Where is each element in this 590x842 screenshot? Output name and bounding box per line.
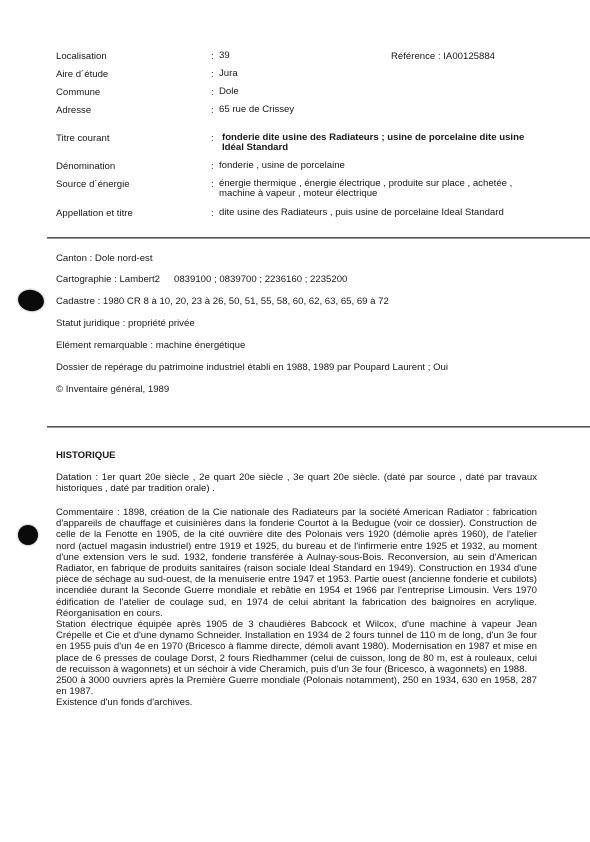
field-label: Localisation — [56, 51, 107, 62]
datation: Datation : 1er quart 20e siècle , 2e qua… — [56, 472, 537, 494]
cartographie: Cartographie : Lambert20839100 ; 0839700… — [56, 274, 347, 285]
commentaire-paragraph: Existence d'un fonds d'archives. — [56, 697, 537, 708]
cadastre: Cadastre : 1980 CR 8 à 10, 20, 23 à 26, … — [56, 296, 389, 307]
commentaire-paragraph: Station électrique équipée après 1905 de… — [56, 619, 537, 675]
field-value: :Jura — [211, 69, 536, 80]
commentaire-paragraph: Commentaire : 1898, création de la Cie n… — [56, 507, 537, 619]
field-value: :Dole — [211, 87, 536, 98]
punch-hole-bottom — [18, 525, 38, 545]
field-value: :fonderie , usine de porcelaine — [211, 161, 536, 172]
field-value: :énergie thermique , énergie électrique … — [211, 179, 536, 199]
field-label: Appellation et titre — [56, 208, 133, 219]
element-remarquable: Elément remarquable : machine énergétiqu… — [56, 340, 245, 351]
punch-hole-top — [16, 288, 46, 314]
field-value: :65 rue de Crissey — [211, 105, 536, 116]
field-value: :fonderie dite usine des Radiateurs ; us… — [211, 133, 536, 153]
statut-juridique: Statut juridique : propriété privée — [56, 318, 195, 329]
field-value: :dite usine des Radiateurs , puis usine … — [211, 208, 536, 219]
commentaire: Commentaire : 1898, création de la Cie n… — [56, 507, 537, 709]
section-heading-historique: HISTORIQUE — [56, 450, 116, 461]
copyright: © Inventaire général, 1989 — [56, 384, 169, 395]
field-label: Titre courant — [56, 133, 110, 144]
field-label: Adresse — [56, 105, 91, 116]
field-label: Aire d´étude — [56, 69, 108, 80]
dossier-reperage: Dossier de repérage du patrimoine indust… — [56, 362, 448, 373]
field-value: :39 — [211, 51, 536, 62]
cartographie-coords: 0839100 ; 0839700 ; 2236160 ; 2235200 — [174, 274, 347, 285]
commentaire-paragraph: 2500 à 3000 ouvriers après la Première G… — [56, 675, 537, 697]
canton: Canton : Dole nord-est — [56, 253, 153, 264]
section-divider — [47, 426, 590, 428]
section-divider — [47, 237, 590, 239]
cartographie-label: Cartographie : Lambert2 — [56, 274, 160, 285]
field-label: Source d´énergie — [56, 179, 130, 190]
field-label: Commune — [56, 87, 100, 98]
field-label: Dénomination — [56, 161, 115, 172]
